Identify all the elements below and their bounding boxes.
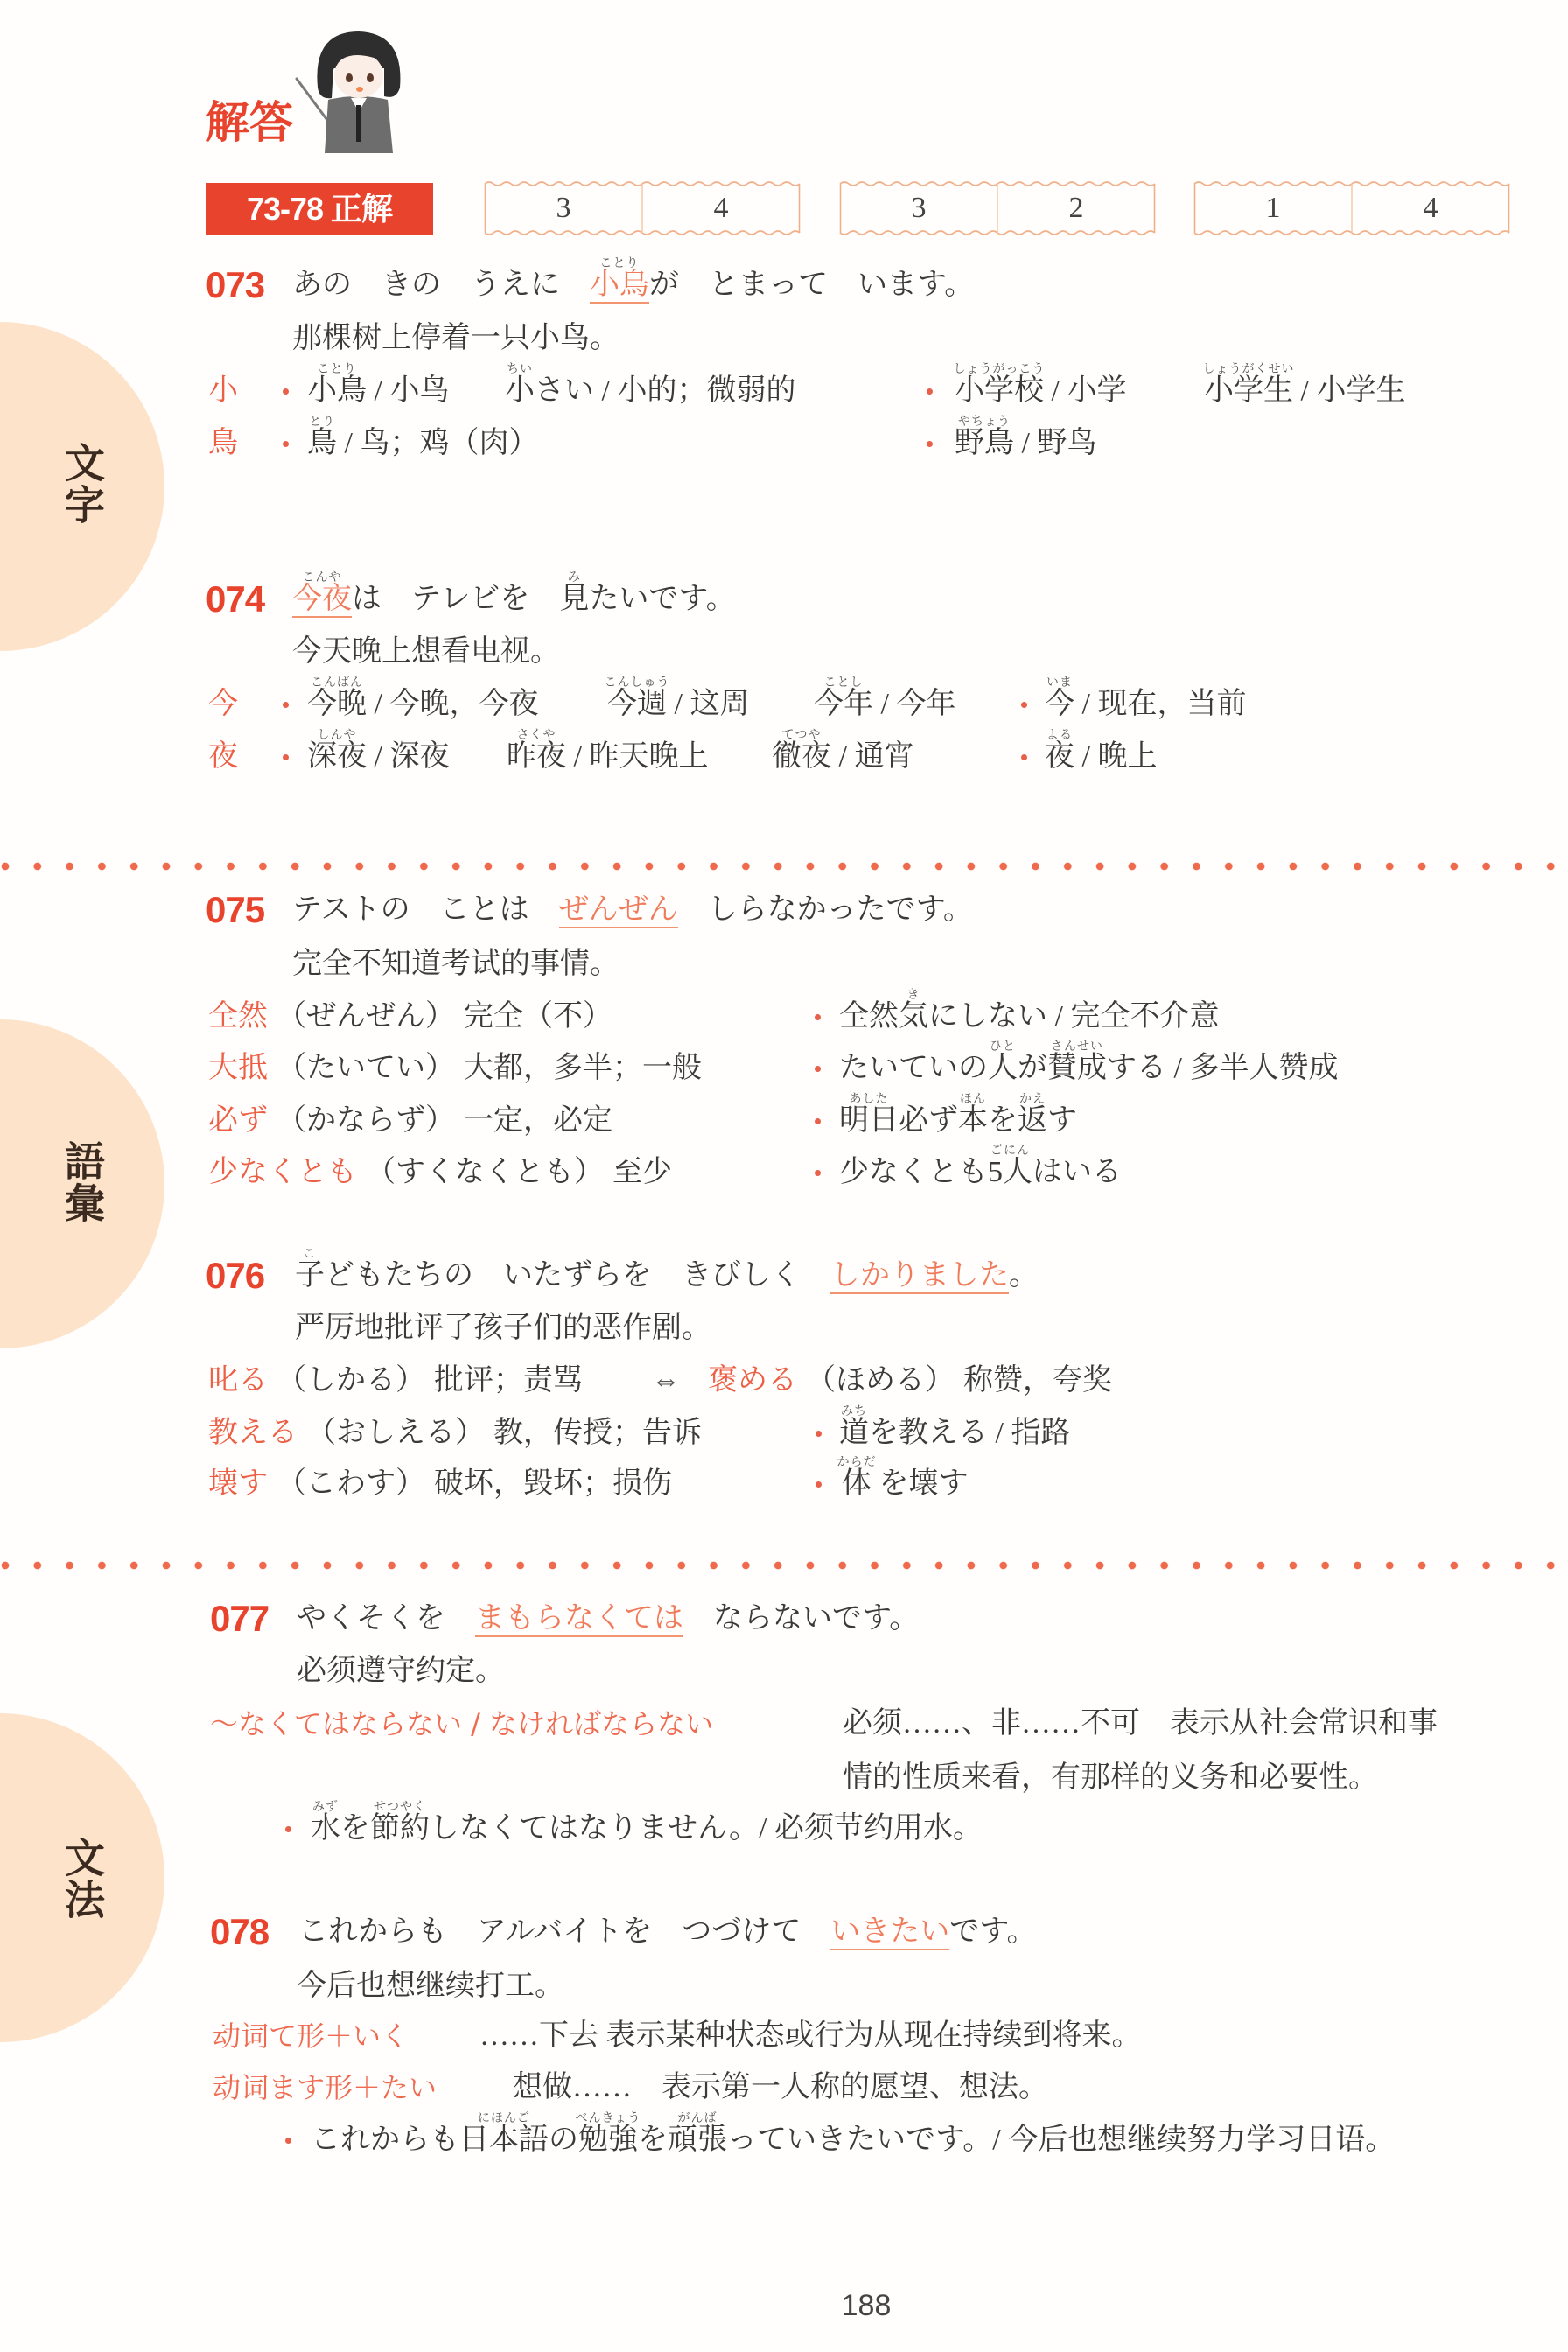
ruby-base: 今夜こんや xyxy=(292,583,352,615)
text-segment: は テレビを xyxy=(352,583,559,615)
bullet-icon xyxy=(1021,702,1027,708)
vocab-row: 少なくとも （すくなくとも） 至少 xyxy=(208,1141,672,1204)
ruby-base: 気き xyxy=(899,1000,928,1032)
text-segment: / 小学 xyxy=(1044,374,1126,407)
furigana: がんば xyxy=(641,2112,753,2124)
ruby-word: 5人ごにん xyxy=(988,1156,1032,1188)
ruby-base: 5人ごにん xyxy=(988,1156,1032,1188)
text-segment: / 小鸟 xyxy=(367,374,449,407)
ruby-word: 水みず xyxy=(311,1812,340,1844)
ruby-word: 子こ xyxy=(295,1259,325,1291)
ruby-base: 小学校しょうがっこう xyxy=(955,374,1044,407)
kanji-example: 小ちいさい / 小的；微弱的 xyxy=(505,360,795,423)
ruby-word: 人ひと xyxy=(988,1052,1018,1084)
text-segment: が xyxy=(1018,1052,1047,1084)
ruby-base: 今週こんしゅう xyxy=(607,688,667,720)
ruby-base: 鳥とり xyxy=(307,427,337,459)
text-segment: これからも xyxy=(311,2124,459,2156)
dotted-divider xyxy=(0,1560,1568,1571)
kanji-example: 昨夜さくや / 昨天晚上 xyxy=(507,725,708,788)
ruby-base: 明日あした xyxy=(839,1104,899,1137)
bullet-icon xyxy=(815,1014,821,1020)
vocab-example: 体からだ を壊す xyxy=(842,1452,969,1515)
ruby-base: 見み xyxy=(559,583,589,615)
ruby-word: 体からだ xyxy=(842,1467,871,1500)
ruby-word: 昨夜さくや xyxy=(507,740,566,773)
text-segment: を xyxy=(340,1812,370,1844)
ruby-base: 節約せつやく xyxy=(370,1812,430,1844)
answer-cell: 4 xyxy=(642,179,800,237)
ruby-base: 小ちい xyxy=(505,374,535,407)
bullet-icon xyxy=(285,1826,291,1832)
furigana: さくや xyxy=(480,729,592,741)
furigana: やちょう xyxy=(928,416,1040,428)
ruby-base: 今いま xyxy=(1045,688,1074,720)
ruby-base: 人ひと xyxy=(988,1052,1018,1084)
furigana: こ xyxy=(269,1248,351,1260)
section-tab-grammar-label: 文法 xyxy=(62,1837,102,1921)
vocab-reading: （こわす） xyxy=(276,1452,425,1515)
text-segment: / 通宵 xyxy=(831,740,913,773)
ruby-base: 水みず xyxy=(311,1812,340,1844)
kanji-example: 鳥とり / 鸟；鸡（肉） xyxy=(307,412,538,475)
ruby-base: 頑張がんば xyxy=(668,2124,727,2156)
text-segment: / 深夜 xyxy=(367,740,449,773)
furigana: こんや xyxy=(266,571,378,584)
furigana: かえ xyxy=(991,1093,1074,1105)
ruby-base: 返かえ xyxy=(1018,1104,1047,1137)
vocab-meaning: 破坏，毁坏；损伤 xyxy=(434,1452,672,1515)
ruby-base: 体からだ xyxy=(842,1467,871,1500)
text-segment: / 昨天晚上 xyxy=(566,740,708,773)
furigana: み xyxy=(533,571,615,584)
text-segment: が とまって います。 xyxy=(649,269,974,301)
answer-highlight: ぜんぜん xyxy=(559,893,678,928)
vocab-word: 壊す xyxy=(208,1452,268,1515)
answer-highlight: 今夜こんや xyxy=(292,583,352,618)
furigana: とり xyxy=(281,416,363,428)
kanji-example: 徹夜てつや / 通宵 xyxy=(772,725,913,788)
dotted-divider xyxy=(0,861,1568,871)
kanji-example: 野鳥やちょう / 野鸟 xyxy=(955,412,1096,475)
ruby-base: 道みち xyxy=(839,1417,869,1449)
text-segment: さい / 小的；微弱的 xyxy=(535,374,795,407)
ruby-word: 明日あした xyxy=(839,1104,899,1137)
ruby-word: 小学生しょうがくせい xyxy=(1204,374,1293,407)
text-segment: / 野鸟 xyxy=(1014,427,1096,459)
furigana: こんばん xyxy=(281,676,393,689)
text-segment: っていきたいです。/ 今后也想继续努力学习日语。 xyxy=(727,2124,1395,2156)
ruby-base: 今晩こんばん xyxy=(307,688,367,720)
antonym-word: 褒める xyxy=(708,1349,797,1412)
question-number: 077 xyxy=(210,1587,269,1650)
question-number: 075 xyxy=(206,878,264,941)
answer-cell: 2 xyxy=(997,179,1155,237)
section-tab-kanji-label: 文字 xyxy=(62,442,102,526)
furigana: ことり xyxy=(563,257,675,269)
text-segment: の xyxy=(549,2124,578,2156)
section-tab-vocabulary-label: 語彙 xyxy=(62,1140,102,1224)
question-number: 078 xyxy=(210,1900,269,1963)
bullet-icon xyxy=(815,1118,821,1124)
text-segment: テストの ことは xyxy=(292,893,559,926)
bullet-icon xyxy=(283,702,289,708)
text-segment: 必ず xyxy=(899,1104,958,1137)
text-segment: ならないです。 xyxy=(683,1602,919,1634)
ruby-word: 小鳥ことり xyxy=(307,374,367,407)
kanji-example: 夜よる / 晚上 xyxy=(1045,725,1157,788)
ruby-word: 賛成さんせい xyxy=(1047,1052,1107,1084)
ruby-word: 今週こんしゅう xyxy=(607,688,667,720)
furigana: あした xyxy=(813,1093,925,1105)
bullet-icon xyxy=(283,441,289,447)
furigana: からだ xyxy=(815,1456,898,1468)
bullet-icon xyxy=(1021,754,1027,760)
grammar-pattern: ～なくてはならない / なければならない xyxy=(210,1692,713,1755)
furigana: てつや xyxy=(745,729,857,741)
ruby-base: 今年ことし xyxy=(814,688,873,720)
answer-group: 1 4 xyxy=(1193,179,1510,237)
answer-cell: 3 xyxy=(485,179,642,237)
bullet-icon xyxy=(283,388,289,395)
text-segment: これからも アルバイトを つづけて xyxy=(298,1915,830,1948)
text-segment: しらなかったです。 xyxy=(678,893,973,926)
text-segment: / 鸟；鸡（肉） xyxy=(337,427,538,459)
ruby-word: 鳥とり xyxy=(307,427,337,459)
text-segment: / 小学生 xyxy=(1293,374,1405,407)
text-segment: 全然 xyxy=(839,1000,899,1032)
ruby-word: 小学校しょうがっこう xyxy=(955,374,1044,407)
answer-cell: 3 xyxy=(840,179,997,237)
text-segment: どもたちの いたずらを きびしく xyxy=(325,1259,830,1291)
text-segment: です。 xyxy=(949,1915,1036,1948)
furigana: ちい xyxy=(479,363,561,375)
ruby-base: 子こ xyxy=(295,1259,325,1291)
vocab-meaning: 至少 xyxy=(612,1141,672,1204)
teacher-icon xyxy=(293,24,407,156)
text-segment: を xyxy=(988,1104,1018,1137)
ruby-base: 野鳥やちょう xyxy=(955,427,1014,459)
answer-group: 3 4 xyxy=(484,179,801,237)
ruby-word: 勉強べんきょう xyxy=(578,2124,638,2156)
ruby-word: 小ちい xyxy=(505,374,535,407)
ruby-word: 今いま xyxy=(1045,688,1074,720)
ruby-base: 小鳥ことり xyxy=(590,269,649,301)
answer-highlight: まもらなくては xyxy=(475,1602,683,1637)
text-segment: / 晚上 xyxy=(1074,740,1157,773)
ruby-base: 深夜しんや xyxy=(307,740,367,773)
bullet-icon xyxy=(285,2138,291,2144)
ruby-word: 野鳥やちょう xyxy=(955,427,1014,459)
page-title: 解答 xyxy=(206,94,293,150)
bullet-icon xyxy=(283,754,289,760)
ruby-word: 気き xyxy=(899,1000,928,1032)
answer-highlight: 小鳥ことり xyxy=(590,269,649,304)
furigana: せつやく xyxy=(344,1801,456,1813)
ruby-word: 深夜しんや xyxy=(307,740,367,773)
bullet-icon xyxy=(815,1431,822,1437)
kanji-example: 小学生しょうがくせい / 小学生 xyxy=(1204,360,1405,423)
vocab-reading: （すくなくとも） xyxy=(366,1141,604,1204)
answer-cell: 4 xyxy=(1352,179,1509,237)
answer-cell: 1 xyxy=(1194,179,1352,237)
text-segment: / 这周 xyxy=(667,688,749,720)
furigana: ごにん xyxy=(962,1144,1059,1157)
ruby-word: 徹夜てつや xyxy=(772,740,831,773)
ruby-word: 夜よる xyxy=(1045,740,1074,773)
vocab-example: 少なくとも5人ごにんはいる xyxy=(839,1141,1122,1204)
vocab-row: 壊す （こわす） 破坏，毁坏；损伤 xyxy=(208,1452,672,1515)
ruby-base: 賛成さんせい xyxy=(1047,1052,1107,1084)
ruby-base: 昨夜さくや xyxy=(507,740,566,773)
ruby-base: 日本語にほんご xyxy=(459,2124,549,2156)
kanji-label: 夜 xyxy=(208,725,238,788)
ruby-word: 頑張がんば xyxy=(668,2124,727,2156)
furigana: しんや xyxy=(281,729,393,741)
ruby-word: 今晩こんばん xyxy=(307,688,367,720)
text-segment: 。 xyxy=(1009,1259,1039,1291)
textbook-page: 文字 語彙 文法 解答 73-78 正解 3 4 xyxy=(0,0,1568,2352)
furigana: ことし xyxy=(787,676,899,689)
kanji-label: 鳥 xyxy=(208,412,238,475)
grammar-example: 水みずを節約せつやくしなくてはなりません。/ 必须节约用水。 xyxy=(311,1797,983,1860)
ruby-base: 小学生しょうがくせい xyxy=(1204,374,1293,407)
question-number: 074 xyxy=(206,568,264,631)
text-segment: はいる xyxy=(1032,1156,1122,1188)
kanji-example: 深夜しんや / 深夜 xyxy=(307,725,449,788)
furigana: さんせい xyxy=(1021,1040,1133,1053)
ruby-word: 本ほん xyxy=(958,1104,988,1137)
bullet-icon xyxy=(815,1481,822,1487)
text-segment: す xyxy=(1047,1104,1077,1137)
text-segment: あの きの うえに xyxy=(292,269,590,301)
page-number: 188 xyxy=(814,2284,919,2327)
bullet-icon xyxy=(815,1066,821,1072)
answer-highlight: しかりました xyxy=(830,1259,1009,1294)
question-number: 076 xyxy=(206,1244,264,1307)
text-segment: / 今年 xyxy=(873,688,955,720)
furigana: よる xyxy=(1018,729,1101,741)
ruby-word: 見み xyxy=(559,583,589,615)
bullet-icon xyxy=(815,1170,821,1176)
grammar-example: これからも日本語にほんごの勉強べんきょうを頑張がんばっていきたいです。/ 今后也… xyxy=(311,2109,1395,2172)
text-segment: やくそくを xyxy=(297,1602,475,1634)
furigana: しょうがっこう xyxy=(928,363,1070,375)
ruby-base: 夜よる xyxy=(1045,740,1074,773)
text-segment: しなくてはなりません。/ 必须节约用水。 xyxy=(430,1812,983,1844)
ruby-word: 返かえ xyxy=(1018,1104,1047,1137)
furigana: き xyxy=(872,989,955,1001)
question-number: 073 xyxy=(206,254,264,317)
furigana: しょうがくせい xyxy=(1178,363,1319,375)
ruby-base: 徹夜てつや xyxy=(772,740,831,773)
text-segment: / 现在，当前 xyxy=(1074,688,1246,720)
answer-range-badge: 73-78 正解 xyxy=(206,183,433,235)
answer-highlight: いきたい xyxy=(830,1915,949,1950)
bullet-icon xyxy=(927,441,933,447)
vocab-word: 少なくとも xyxy=(208,1141,357,1204)
furigana: ことり xyxy=(281,363,393,375)
ruby-word: 今年ことし xyxy=(814,688,873,720)
text-segment: を教える / 指路 xyxy=(869,1417,1070,1449)
furigana: みち xyxy=(813,1405,895,1417)
ruby-word: 日本語にほんご xyxy=(459,2124,549,2156)
answer-group: 3 2 xyxy=(839,179,1156,237)
ruby-base: 本ほん xyxy=(958,1104,988,1137)
ruby-base: 小鳥ことり xyxy=(307,374,367,407)
text-segment: たいです。 xyxy=(589,583,735,615)
furigana: いま xyxy=(1018,676,1101,689)
furigana: こんしゅう xyxy=(581,676,693,689)
ruby-base: 勉強べんきょう xyxy=(578,2124,638,2156)
text-segment: する / 多半人赞成 xyxy=(1107,1052,1338,1084)
ruby-word: 道みち xyxy=(839,1417,869,1449)
text-segment: 少なくとも xyxy=(839,1156,988,1188)
ruby-word: 節約せつやく xyxy=(370,1812,430,1844)
bullet-icon xyxy=(927,388,933,395)
text-segment: を xyxy=(638,2124,668,2156)
text-segment: を壊す xyxy=(871,1467,969,1500)
text-segment: / 今晚，今夜 xyxy=(367,688,538,720)
text-segment: たいていの xyxy=(839,1052,988,1084)
teacher-mascot-illustration xyxy=(293,24,407,156)
text-segment: にしない / 完全不介意 xyxy=(928,1000,1219,1032)
